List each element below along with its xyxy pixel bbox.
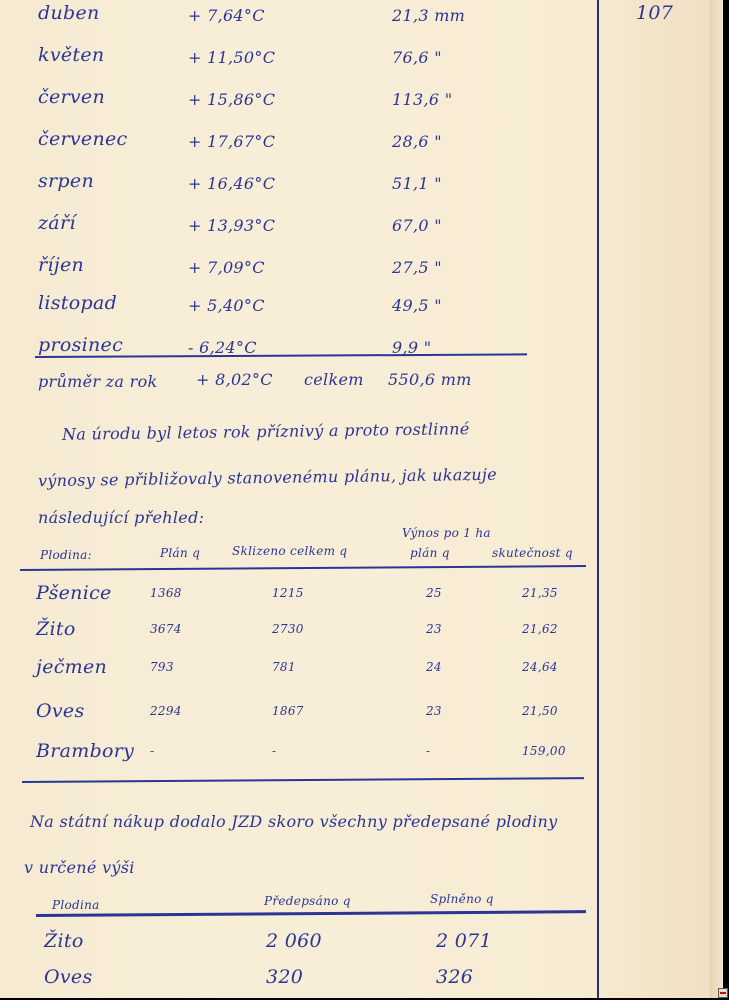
summary-total: 550,6 mm <box>388 370 472 389</box>
temperature: + 13,93°C <box>188 216 275 235</box>
month: květen <box>38 44 104 66</box>
paragraph-line: Na úrodu byl letos rok příznivý a proto … <box>62 419 470 444</box>
header-crop: Plodina: <box>40 548 92 562</box>
page-number: 107 <box>636 2 673 24</box>
precipitation: 67,0 " <box>392 216 442 235</box>
precipitation: 27,5 " <box>392 258 442 277</box>
month: červen <box>38 86 105 108</box>
precipitation: 113,6 " <box>392 90 452 109</box>
paragraph-line: Na státní nákup dodalo JZD skoro všechny… <box>30 812 558 831</box>
temperature: + 7,64°C <box>188 6 265 25</box>
temperature: + 7,09°C <box>188 258 265 277</box>
temperature: + 15,86°C <box>188 90 275 109</box>
paragraph-line: výnosy se přibližovaly stanovenému plánu… <box>38 465 497 490</box>
precipitation: 49,5 " <box>392 296 442 315</box>
temperature: + 17,67°C <box>188 132 275 151</box>
plan: 793 <box>150 660 174 674</box>
header-yield-actual: skutečnost q <box>492 546 573 560</box>
precipitation: 21,3 mm <box>392 6 465 25</box>
crop: Pšenice <box>36 582 112 604</box>
crop: Oves <box>36 700 85 722</box>
precipitation: 28,6 " <box>392 132 442 151</box>
yield-actual: 21,35 <box>522 586 558 600</box>
yield-plan: - <box>426 744 430 758</box>
yield-actual: 24,64 <box>522 660 558 674</box>
month: říjen <box>38 254 84 276</box>
yield-plan: 23 <box>426 622 442 636</box>
crop: Žito <box>44 930 84 952</box>
margin-line <box>597 0 599 998</box>
harvested: - <box>272 744 276 758</box>
yield-plan: 24 <box>426 660 442 674</box>
month: září <box>38 212 76 234</box>
header-plan: Plán q <box>160 546 200 560</box>
harvested: 1867 <box>272 704 304 718</box>
yield-plan: 25 <box>426 586 442 600</box>
yield-actual: 21,50 <box>522 704 558 718</box>
page-edge <box>710 0 723 998</box>
crop: Oves <box>44 966 93 988</box>
header-prescribed: Předepsáno q <box>264 894 351 908</box>
yield-actual: 21,62 <box>522 622 558 636</box>
month: listopad <box>38 292 117 314</box>
month: duben <box>38 2 100 24</box>
yield-actual: 159,00 <box>522 744 566 758</box>
paragraph-line: následující přehled: <box>38 508 204 527</box>
plan: 2294 <box>150 704 182 718</box>
temperature: + 16,46°C <box>188 174 275 193</box>
paragraph-line: v určené výši <box>24 858 135 877</box>
fulfilled: 2 071 <box>436 930 492 952</box>
precipitation: 51,1 " <box>392 174 442 193</box>
crop: ječmen <box>36 656 107 678</box>
yield-header-rule <box>20 565 586 571</box>
header-yield-group: Výnos po 1 ha <box>402 526 491 540</box>
prescribed: 2 060 <box>266 930 322 952</box>
header-yield-plan: plán q <box>410 546 450 560</box>
harvested: 2730 <box>272 622 304 636</box>
harvested: 1215 <box>272 586 304 600</box>
summary-total-label: celkem <box>304 370 364 389</box>
yield-plan: 23 <box>426 704 442 718</box>
temperature: + 5,40°C <box>188 296 265 315</box>
fulfilled: 326 <box>436 966 473 988</box>
notebook-page: 107 duben+ 7,64°C21,3 mmkvěten+ 11,50°C7… <box>0 0 722 998</box>
yield-table-rule <box>22 777 584 783</box>
plan: - <box>150 744 154 758</box>
summary-label: průměr za rok <box>38 372 158 391</box>
harvested: 781 <box>272 660 296 674</box>
month: červenec <box>38 128 127 150</box>
header-harvested: Sklizeno celkem q <box>232 544 347 558</box>
precipitation: 76,6 " <box>392 48 442 67</box>
prescribed: 320 <box>266 966 303 988</box>
plan: 1368 <box>150 586 182 600</box>
minimize-icon[interactable] <box>718 988 728 998</box>
month: srpen <box>38 170 94 192</box>
header-fulfilled: Splněno q <box>430 892 494 906</box>
summary-temp: + 8,02°C <box>196 370 273 389</box>
crop: Žito <box>36 618 76 640</box>
delivery-header-rule <box>36 910 586 917</box>
header-crop: Plodina <box>52 898 100 912</box>
month: prosinec <box>38 334 123 356</box>
temperature: + 11,50°C <box>188 48 275 67</box>
plan: 3674 <box>150 622 182 636</box>
crop: Brambory <box>36 740 134 762</box>
